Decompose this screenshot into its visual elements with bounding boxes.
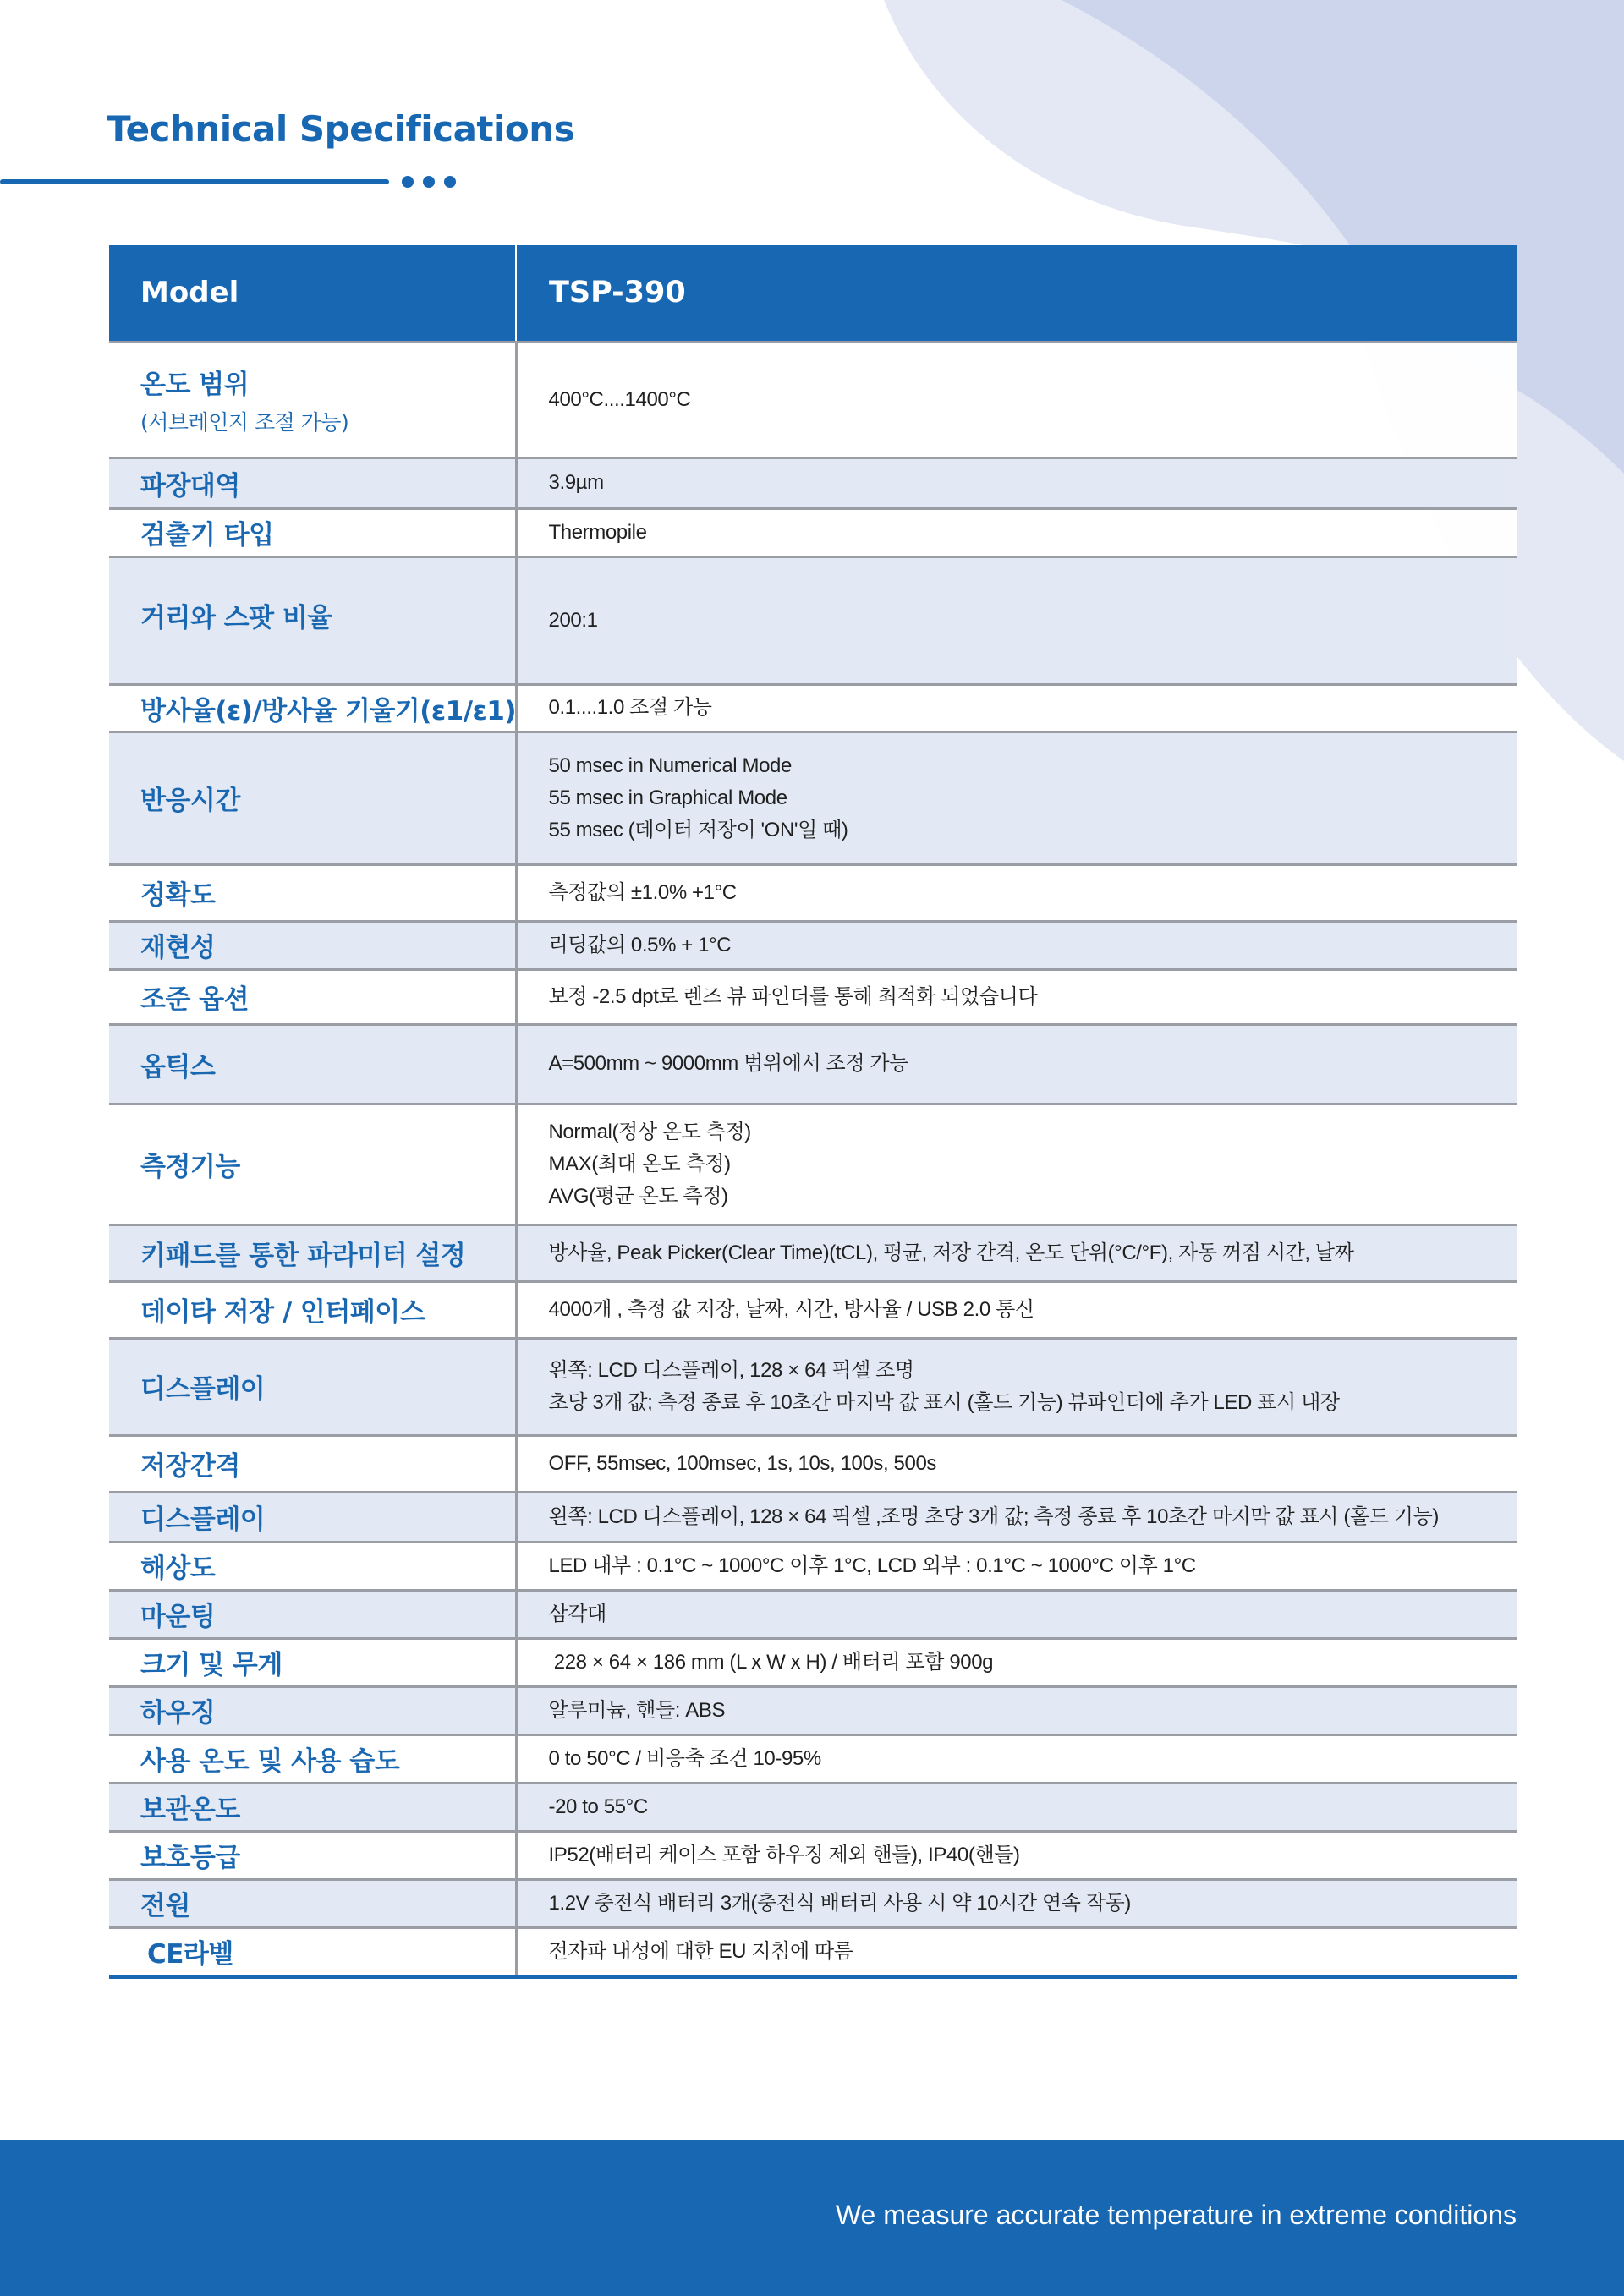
spec-value: 200:1 bbox=[516, 556, 1517, 684]
spec-value-text: 0.1....1.0 조절 가능 bbox=[549, 692, 1518, 724]
spec-row-emissivity: 방사율(ε)/방사율 기울기(ε1/ε1) 0.1....1.0 조절 가능 bbox=[109, 684, 1517, 732]
spec-value: 400°C....1400°C bbox=[516, 342, 1517, 458]
spec-row-housing: 하우징 알루미늄, 핸들: ABS bbox=[109, 1686, 1517, 1734]
spec-row-power: 전원 1.2V 충전식 배터리 3개(충전식 배터리 사용 시 약 10시간 연… bbox=[109, 1879, 1517, 1927]
spec-label: 옵틱스 bbox=[109, 1024, 516, 1104]
spec-table: Model TSP-390 온도 범위 (서브레인지 조절 가능) 400°C.… bbox=[109, 245, 1517, 1979]
spec-value: 리딩값의 0.5% + 1°C bbox=[516, 921, 1517, 969]
spec-row-measurement-functions: 측정기능 Normal(정상 온도 측정) MAX(최대 온도 측정) AVG(… bbox=[109, 1104, 1517, 1225]
spec-value-text: 50 msec in Numerical Mode bbox=[549, 750, 1518, 782]
spec-label: 거리와 스팟 비율 bbox=[109, 556, 516, 684]
spec-label: 해상도 bbox=[109, 1542, 516, 1590]
spec-label: 하우징 bbox=[109, 1686, 516, 1734]
spec-value-text: 1.2V 충전식 배터리 3개(충전식 배터리 사용 시 약 10시간 연속 작… bbox=[549, 1888, 1518, 1920]
spec-label: 방사율(ε)/방사율 기울기(ε1/ε1) bbox=[109, 684, 516, 732]
spec-row-operating-conditions: 사용 온도 및 사용 습도 0 to 50°C / 비응축 조건 10-95% bbox=[109, 1734, 1517, 1783]
spec-value-text: AVG(평균 온도 측정) bbox=[549, 1181, 1518, 1213]
spec-row-display: 디스플레이 왼쪽: LCD 디스플레이, 128 × 64 픽셀 조명 초당 3… bbox=[109, 1338, 1517, 1435]
spec-value-text: 방사율, Peak Picker(Clear Time)(tCL), 평균, 저… bbox=[549, 1237, 1518, 1269]
spec-label-text: 온도 범위 bbox=[140, 370, 249, 400]
spec-value-text: 왼쪽: LCD 디스플레이, 128 × 64 픽셀 ,조명 초당 3개 값; … bbox=[549, 1501, 1518, 1533]
spec-value: 4000개 , 측정 값 저장, 날짜, 시간, 방사율 / USB 2.0 통… bbox=[516, 1281, 1517, 1338]
spec-value-text: 0 to 50°C / 비응축 조건 10-95% bbox=[549, 1743, 1518, 1775]
spec-row-detector-type: 검출기 타입 Thermopile bbox=[109, 508, 1517, 556]
spec-value: 왼쪽: LCD 디스플레이, 128 × 64 픽셀 ,조명 초당 3개 값; … bbox=[516, 1492, 1517, 1542]
spec-label: 전원 bbox=[109, 1879, 516, 1927]
spec-table-header: Model TSP-390 bbox=[109, 245, 1517, 342]
title-dots-decoration bbox=[402, 176, 456, 188]
spec-value-text: -20 to 55°C bbox=[549, 1791, 1518, 1823]
footer-banner: We measure accurate temperature in extre… bbox=[0, 2140, 1624, 2296]
spec-row-storage-temperature: 보관온도 -20 to 55°C bbox=[109, 1783, 1517, 1831]
spec-label: 크기 및 무게 bbox=[109, 1638, 516, 1686]
spec-value: 삼각대 bbox=[516, 1590, 1517, 1638]
spec-label: 마운팅 bbox=[109, 1590, 516, 1638]
spec-value-text: 228 × 64 × 186 mm (L x W x H) / 배터리 포함 9… bbox=[549, 1647, 1518, 1679]
spec-value: Normal(정상 온도 측정) MAX(최대 온도 측정) AVG(평균 온도… bbox=[516, 1104, 1517, 1225]
spec-value-text: 4000개 , 측정 값 저장, 날짜, 시간, 방사율 / USB 2.0 통… bbox=[549, 1294, 1518, 1326]
dot-icon bbox=[423, 176, 435, 188]
spec-value-text: 전자파 내성에 대한 EU 지침에 따름 bbox=[549, 1936, 1518, 1968]
spec-value-text: OFF, 55msec, 100msec, 1s, 10s, 100s, 500… bbox=[549, 1448, 1518, 1480]
spec-value-text: 3.9µm bbox=[549, 467, 1518, 499]
spec-row-wavelength: 파장대역 3.9µm bbox=[109, 458, 1517, 508]
page-title: Technical Specifications bbox=[107, 108, 574, 150]
spec-row-keypad-parameters: 키패드를 통한 파라미터 설정 방사율, Peak Picker(Clear T… bbox=[109, 1225, 1517, 1281]
spec-value: 1.2V 충전식 배터리 3개(충전식 배터리 사용 시 약 10시간 연속 작… bbox=[516, 1879, 1517, 1927]
spec-label: 온도 범위 (서브레인지 조절 가능) bbox=[109, 342, 516, 458]
spec-label: 사용 온도 및 사용 습도 bbox=[109, 1734, 516, 1783]
spec-value-text: 55 msec (데이터 저장이 'ON'일 때) bbox=[549, 814, 1518, 847]
spec-value-text: Thermopile bbox=[549, 517, 1518, 549]
dot-icon bbox=[444, 176, 456, 188]
spec-value-text: LED 내부 : 0.1°C ~ 1000°C 이후 1°C, LCD 외부 :… bbox=[549, 1550, 1518, 1582]
spec-value: 0 to 50°C / 비응축 조건 10-95% bbox=[516, 1734, 1517, 1783]
spec-value: 228 × 64 × 186 mm (L x W x H) / 배터리 포함 9… bbox=[516, 1638, 1517, 1686]
spec-row-data-storage-interface: 데이타 저장 / 인터페이스 4000개 , 측정 값 저장, 날짜, 시간, … bbox=[109, 1281, 1517, 1338]
spec-value-text: 삼각대 bbox=[549, 1598, 1518, 1630]
spec-value-text: 55 msec in Graphical Mode bbox=[549, 782, 1518, 814]
spec-label: 재현성 bbox=[109, 921, 516, 969]
spec-label: 반응시간 bbox=[109, 732, 516, 864]
spec-value: 왼쪽: LCD 디스플레이, 128 × 64 픽셀 조명 초당 3개 값; 측… bbox=[516, 1338, 1517, 1435]
spec-row-protection-class: 보호등급 IP52(배터리 케이스 포함 하우징 제외 핸들), IP40(핸들… bbox=[109, 1831, 1517, 1879]
spec-label: 보호등급 bbox=[109, 1831, 516, 1879]
spec-value-text: 초당 3개 값; 측정 종료 후 10초간 마지막 값 표시 (홀드 기능) 뷰… bbox=[549, 1387, 1518, 1419]
spec-row-aiming-options: 조준 옵션 보정 -2.5 dpt로 렌즈 뷰 파인더를 통해 최적화 되었습니… bbox=[109, 969, 1517, 1024]
spec-label: 측정기능 bbox=[109, 1104, 516, 1225]
spec-value: 알루미늄, 핸들: ABS bbox=[516, 1686, 1517, 1734]
spec-row-ce-label: CE라벨 전자파 내성에 대한 EU 지침에 따름 bbox=[109, 1927, 1517, 1976]
spec-value-text: 알루미늄, 핸들: ABS bbox=[549, 1695, 1518, 1727]
spec-value: LED 내부 : 0.1°C ~ 1000°C 이후 1°C, LCD 외부 :… bbox=[516, 1542, 1517, 1590]
spec-label: 보관온도 bbox=[109, 1783, 516, 1831]
spec-value: Thermopile bbox=[516, 508, 1517, 556]
spec-value: 방사율, Peak Picker(Clear Time)(tCL), 평균, 저… bbox=[516, 1225, 1517, 1281]
spec-value-text: MAX(최대 온도 측정) bbox=[549, 1148, 1518, 1181]
spec-value: OFF, 55msec, 100msec, 1s, 10s, 100s, 500… bbox=[516, 1435, 1517, 1492]
spec-label: 디스플레이 bbox=[109, 1492, 516, 1542]
spec-row-accuracy: 정확도 측정값의 ±1.0% +1°C bbox=[109, 864, 1517, 921]
spec-label: 조준 옵션 bbox=[109, 969, 516, 1024]
spec-value: A=500mm ~ 9000mm 범위에서 조정 가능 bbox=[516, 1024, 1517, 1104]
spec-value-text: 200:1 bbox=[549, 605, 1518, 637]
spec-row-display-2: 디스플레이 왼쪽: LCD 디스플레이, 128 × 64 픽셀 ,조명 초당 … bbox=[109, 1492, 1517, 1542]
spec-label: 검출기 타입 bbox=[109, 508, 516, 556]
spec-value: 전자파 내성에 대한 EU 지침에 따름 bbox=[516, 1927, 1517, 1976]
spec-value-text: Normal(정상 온도 측정) bbox=[549, 1116, 1518, 1148]
spec-label: 파장대역 bbox=[109, 458, 516, 508]
spec-sublabel-text: (서브레인지 조절 가능) bbox=[140, 406, 515, 436]
spec-value-text: IP52(배터리 케이스 포함 하우징 제외 핸들), IP40(핸들) bbox=[549, 1839, 1518, 1871]
spec-label: 디스플레이 bbox=[109, 1338, 516, 1435]
spec-row-resolution: 해상도 LED 내부 : 0.1°C ~ 1000°C 이후 1°C, LCD … bbox=[109, 1542, 1517, 1590]
spec-value-text: 400°C....1400°C bbox=[549, 384, 1518, 416]
spec-value: -20 to 55°C bbox=[516, 1783, 1517, 1831]
dot-icon bbox=[402, 176, 414, 188]
spec-row-storage-interval: 저장간격 OFF, 55msec, 100msec, 1s, 10s, 100s… bbox=[109, 1435, 1517, 1492]
spec-row-size-weight: 크기 및 무게 228 × 64 × 186 mm (L x W x H) / … bbox=[109, 1638, 1517, 1686]
spec-row-response-time: 반응시간 50 msec in Numerical Mode 55 msec i… bbox=[109, 732, 1517, 864]
spec-label: 정확도 bbox=[109, 864, 516, 921]
spec-value: 50 msec in Numerical Mode 55 msec in Gra… bbox=[516, 732, 1517, 864]
spec-label: 저장간격 bbox=[109, 1435, 516, 1492]
title-underline bbox=[0, 179, 389, 184]
footer-tagline: We measure accurate temperature in extre… bbox=[836, 2200, 1517, 2231]
spec-value-text: 보정 -2.5 dpt로 렌즈 뷰 파인더를 통해 최적화 되었습니다 bbox=[549, 981, 1518, 1013]
model-header-label: Model bbox=[109, 245, 516, 342]
spec-value: 보정 -2.5 dpt로 렌즈 뷰 파인더를 통해 최적화 되었습니다 bbox=[516, 969, 1517, 1024]
spec-row-distance-spot-ratio: 거리와 스팟 비율 200:1 bbox=[109, 556, 1517, 684]
spec-value-text: A=500mm ~ 9000mm 범위에서 조정 가능 bbox=[549, 1048, 1518, 1080]
spec-value: 측정값의 ±1.0% +1°C bbox=[516, 864, 1517, 921]
spec-row-repeatability: 재현성 리딩값의 0.5% + 1°C bbox=[109, 921, 1517, 969]
spec-label: CE라벨 bbox=[109, 1927, 516, 1976]
spec-label: 키패드를 통한 파라미터 설정 bbox=[109, 1225, 516, 1281]
spec-value-text: 왼쪽: LCD 디스플레이, 128 × 64 픽셀 조명 bbox=[549, 1355, 1518, 1387]
spec-value-text: 리딩값의 0.5% + 1°C bbox=[549, 929, 1518, 962]
spec-row-mounting: 마운팅 삼각대 bbox=[109, 1590, 1517, 1638]
spec-label: 데이타 저장 / 인터페이스 bbox=[109, 1281, 516, 1338]
spec-row-temperature-range: 온도 범위 (서브레인지 조절 가능) 400°C....1400°C bbox=[109, 342, 1517, 458]
spec-value: 3.9µm bbox=[516, 458, 1517, 508]
spec-row-optics: 옵틱스 A=500mm ~ 9000mm 범위에서 조정 가능 bbox=[109, 1024, 1517, 1104]
spec-value: IP52(배터리 케이스 포함 하우징 제외 핸들), IP40(핸들) bbox=[516, 1831, 1517, 1879]
model-header-value: TSP-390 bbox=[516, 245, 1517, 342]
spec-value-text: 측정값의 ±1.0% +1°C bbox=[549, 877, 1518, 909]
spec-value: 0.1....1.0 조절 가능 bbox=[516, 684, 1517, 732]
